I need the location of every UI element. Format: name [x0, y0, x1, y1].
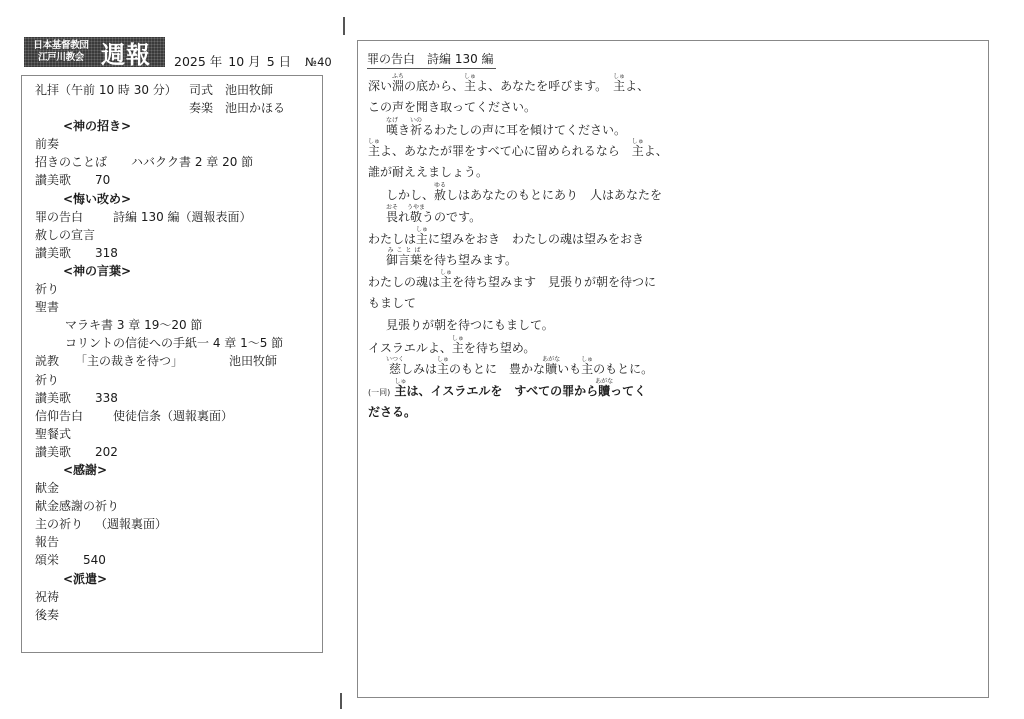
service-item: 後奏 [35, 606, 320, 624]
psalm-line: 畏おそれ敬うやまうのです。 [368, 204, 688, 226]
service-item-label: 祝祷 [35, 590, 59, 604]
section-heading: <神の言葉> [35, 262, 320, 280]
psalm-line: もまして [368, 291, 688, 313]
confession-heading: 罪の告白詩編 130 編 [367, 51, 496, 69]
service-item-value: 「主の裁きを待つ」 [75, 352, 183, 370]
service-item-value: 540 [83, 551, 106, 569]
confession-panel: 罪の告白詩編 130 編 深い淵ふちの底から、主しゅよ、あなたを呼びます。 主し… [357, 40, 989, 698]
psalm-response-line: (一同) 主しゅは、イスラエルを すべての罪から贖あがなってく [368, 378, 688, 400]
service-item-value: 318 [95, 244, 118, 262]
service-item-label: 聖書 [35, 300, 59, 314]
psalm-line: イスラエルよ、主しゅを待ち望め。 [368, 335, 688, 357]
issue-day: 5 日 [267, 54, 291, 69]
service-item-value: 202 [95, 443, 118, 461]
preacher: 池田牧師 [229, 352, 277, 370]
psalm-line: 誰が耐ええましょう。 [368, 160, 688, 182]
section-heading: <悔い改め> [35, 190, 320, 208]
psalm-line: わたしは主しゅに望みをおき わたしの魂は望みをおき [368, 226, 688, 248]
service-item-value: 詩編 130 編（週報表面） [113, 208, 252, 226]
officiant: 池田牧師 [225, 81, 273, 99]
respondent-label: (一同) [368, 388, 390, 397]
issue-date: 2025 年10 月5 日№40 [174, 52, 338, 70]
service-item: 信仰告白使徒信条（週報裏面） [35, 407, 320, 425]
psalm-line: 見張りが朝を待つにもまして。 [368, 313, 688, 335]
service-item: 祈り [35, 371, 320, 389]
service-item-value: ハバクク書 2 章 20 節 [131, 153, 253, 171]
service-item: 献金感謝の祈り [35, 497, 320, 515]
service-item: 献金 [35, 479, 320, 497]
church: 江戸川教会 [38, 52, 84, 64]
service-item-label: 聖餐式 [35, 427, 71, 441]
psalm-line: 主しゅよ、あなたが罪をすべて心に留められるなら 主しゅよ、 [368, 138, 688, 160]
service-item: 讃美歌202 [35, 443, 320, 461]
section-heading: <感謝> [35, 461, 320, 479]
service-item: 報告 [35, 533, 320, 551]
service-item: 前奏 [35, 135, 320, 153]
organist-row: 奏楽 池田かほる [35, 99, 320, 117]
service-item-label: 讃美歌 [35, 246, 71, 260]
service-item-label: 報告 [35, 535, 59, 549]
service-item-label: 後奏 [35, 608, 59, 622]
service-item: 説教「主の裁きを待つ」池田牧師 [35, 352, 320, 370]
psalm-line: 嘆なげき祈いのるわたしの声に耳を傾けてください。 [368, 117, 688, 139]
service-item-value: 70 [95, 171, 110, 189]
organist-label: 奏楽 [189, 99, 213, 117]
fold-mark-top [343, 17, 345, 35]
service-item: 祈り [35, 280, 320, 298]
church-name: 日本基督教団 江戸川教会 [24, 40, 98, 64]
psalm-line: わたしの魂は主しゅを待ち望みます 見張りが朝を待つに [368, 269, 688, 291]
service-item-label: 祈り [35, 373, 59, 387]
service-item: 赦しの宣言 [35, 226, 320, 244]
service-item-label: 主の祈り [35, 517, 83, 531]
psalm-line: 深い淵ふちの底から、主しゅよ、あなたを呼びます。 主しゅよ、 [368, 73, 688, 95]
service-item-value: （週報裏面） [95, 515, 167, 533]
scripture-reading: マラキ書 3 章 19～20 節 [35, 316, 320, 334]
service-item-label: 讃美歌 [35, 391, 71, 405]
service-item: 讃美歌70 [35, 171, 320, 189]
service-item-label: 招きのことば [35, 155, 107, 169]
fold-mark-bottom [340, 693, 342, 709]
service-item-label: 献金感謝の祈り [35, 499, 119, 513]
service-item-label: 讃美歌 [35, 173, 71, 187]
service-item: 讃美歌338 [35, 389, 320, 407]
psalm-line: 慈いつくしみは主しゅのもとに 豊かな贖あがないも主しゅのもとに。 [368, 356, 688, 378]
organist: 池田かほる [225, 99, 285, 117]
service-item-label: 祈り [35, 282, 59, 296]
service-item-label: 前奏 [35, 137, 59, 151]
scripture-reading: コリントの信徒への手紙一 4 章 1～5 節 [35, 334, 320, 352]
service-item: 招きのことばハバクク書 2 章 20 節 [35, 153, 320, 171]
service-item: 祝祷 [35, 588, 320, 606]
service-item-label: 讃美歌 [35, 445, 71, 459]
issue-number: №40 [305, 55, 332, 69]
psalm-line: この声を聞き取ってください。 [368, 95, 688, 117]
service-item-value: 使徒信条（週報裏面） [113, 407, 233, 425]
section-heading: <神の招き> [35, 117, 320, 135]
order-of-service-panel: 礼拝（午前 10 時 30 分） 司式 池田牧師 奏楽 池田かほる <神の招き>… [21, 75, 323, 653]
service-item: 聖書 [35, 298, 320, 316]
officiant-label: 司式 [189, 81, 213, 99]
psalm-line: しかし、赦ゆるしはあなたのもとにあり 人はあなたを [368, 182, 688, 204]
confession-reference: 詩編 130 編 [427, 52, 494, 66]
service-item: 頌栄540 [35, 551, 320, 569]
order-of-service: 礼拝（午前 10 時 30 分） 司式 池田牧師 奏楽 池田かほる <神の招き>… [35, 81, 320, 624]
psalm-response-line: ださる。 [368, 400, 688, 422]
service-item-label: 献金 [35, 481, 59, 495]
worship-time: 礼拝（午前 10 時 30 分） [35, 83, 177, 97]
order-list: <神の招き>前奏招きのことばハバクク書 2 章 20 節讃美歌70<悔い改め>罪… [35, 117, 320, 624]
section-heading: <派遣> [35, 570, 320, 588]
confession-title: 罪の告白 [367, 52, 415, 66]
service-item-label: 信仰告白 [35, 409, 83, 423]
service-item-value: 338 [95, 389, 118, 407]
service-item: 罪の告白詩編 130 編（週報表面） [35, 208, 320, 226]
denomination: 日本基督教団 [33, 40, 88, 52]
issue-month: 10 月 [228, 54, 260, 69]
issue-year: 2025 年 [174, 54, 222, 69]
service-item-label: 説教 [35, 354, 59, 368]
service-item-label: 罪の告白 [35, 210, 83, 224]
psalm-text: 深い淵ふちの底から、主しゅよ、あなたを呼びます。 主しゅよ、 この声を聞き取って… [368, 73, 688, 422]
worship-row: 礼拝（午前 10 時 30 分） 司式 池田牧師 [35, 81, 320, 99]
bulletin-logo: 日本基督教団 江戸川教会 週報 [24, 37, 165, 67]
service-item: 聖餐式 [35, 425, 320, 443]
ruby-word: 淵ふち [392, 79, 404, 93]
service-item: 讃美歌318 [35, 244, 320, 262]
bulletin-title: 週報 [101, 35, 151, 70]
service-item: 主の祈り（週報裏面） [35, 515, 320, 533]
service-item-label: 赦しの宣言 [35, 228, 95, 242]
service-item-label: 頌栄 [35, 553, 59, 567]
psalm-line: 御言葉みことばを待ち望みます。 [368, 247, 688, 269]
